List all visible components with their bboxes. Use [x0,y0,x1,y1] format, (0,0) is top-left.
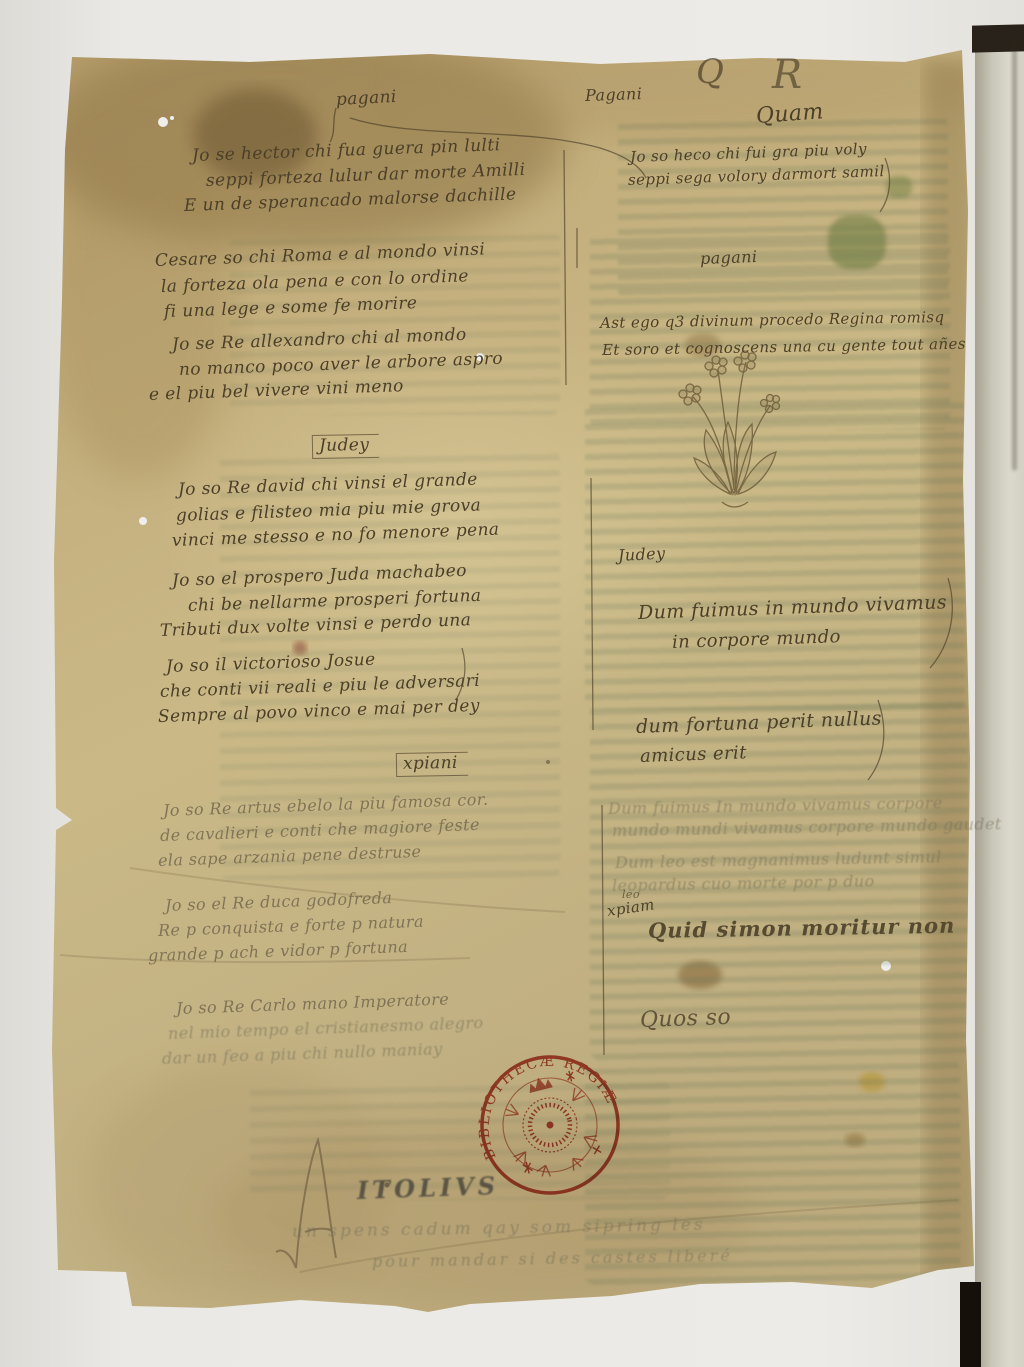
section-header-pagani: pagani [335,87,397,110]
pen-trial-quos: Quos so [640,1005,732,1033]
label-pagani-mid: pagani [700,247,758,268]
binding-strip [960,1282,981,1367]
section-header-judei: Judey [312,434,380,459]
crown-icon [527,1075,553,1093]
label-judei: Judey [618,544,666,565]
manuscript-photo: pagani Jo se hector chi fua guera pin lu… [0,0,1024,1367]
pen-trial-r: R [772,52,803,98]
motto-2-line-2: amicus erit [640,742,748,767]
label-pagani-top: Pagani [585,84,643,105]
sprig-ornaments [501,1085,604,1183]
green-stain [828,215,886,269]
line-simon: Quid simon moritur non [648,913,956,943]
library-stamp: BIBLIOTHECÆ REGIÆ [470,1045,630,1205]
section-header-xpiani: xpiani [396,752,468,777]
green-stain [886,176,912,198]
cover-shadow-line [1012,40,1017,470]
flourish-quam: Quam [755,99,824,129]
pen-trial-q: Q [696,52,724,92]
